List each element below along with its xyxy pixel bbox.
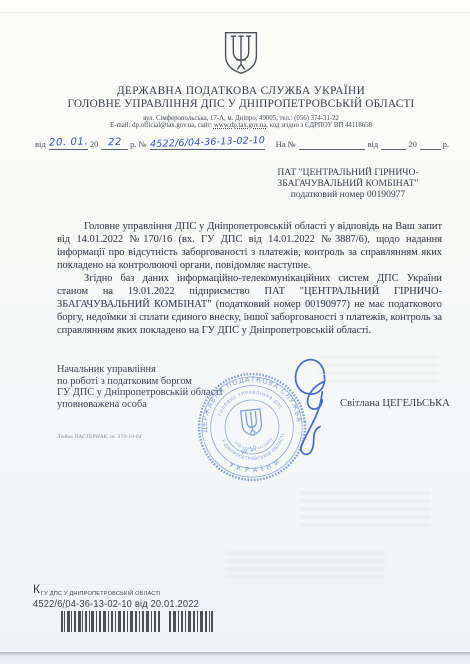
recipient-name-line1: ПАТ "ЦЕНТРАЛЬНИЙ ГІРНИЧО- [250, 167, 446, 178]
ref-number-handwritten: 4522/6/04-36-13-02-10 [150, 135, 265, 150]
letter-body: Головне управління ДПС у Дніпропетровськ… [57, 220, 442, 337]
org-name-line2: ГОЛОВНЕ УПРАВЛІННЯ ДПС У ДНІПРОПЕТРОВСЬК… [24, 98, 458, 110]
bleed-through-artifact [300, 486, 430, 526]
contacts-prefix: E-mail: dp.official@tax.gov.ua, сайт: [110, 122, 214, 129]
ref-year-handwritten: 22 [108, 137, 122, 148]
barcode-marks: ** [62, 607, 67, 612]
ukraine-trident-emblem-icon [220, 30, 262, 81]
reply-century-label: 20 [406, 139, 420, 150]
reply-number-label: На № [274, 139, 299, 150]
contacts-suffix: , код згідно з ЄДРПОУ ВП 44118658 [266, 122, 372, 129]
handwritten-signature-ink [283, 351, 341, 461]
body-paragraph-1: Головне управління ДПС у Дніпропетровськ… [57, 220, 442, 272]
executor-note: Любов ПАСТЕРНАК, т. 370-10-64 [57, 434, 142, 440]
ref-century-label: 20 [88, 139, 102, 150]
barcode-image [61, 611, 213, 632]
footer-k-sublabel: ГУ ДПС У ДНІПРОПЕТРОВСЬКІЙ ОБЛАСТІ [41, 589, 161, 599]
registration-footer: К ГУ ДПС У ДНІПРОПЕТРОВСЬКІЙ ОБЛАСТІ 452… [33, 584, 213, 637]
ref-from-label: від [33, 139, 49, 150]
barcode-row: ** [61, 611, 213, 637]
org-address-line: вул. Сімферопольська, 17-А, м. Дніпро, 4… [24, 115, 458, 122]
reply-date-field [381, 136, 406, 150]
scan-edge-top [0, 0, 470, 13]
reply-year-field [420, 136, 441, 150]
ref-number-field: 4522/6/04-36-13-02-10 [150, 136, 265, 150]
reply-year-suffix: р. [441, 139, 452, 150]
org-name-line1: ДЕРЖАВНА ПОДАТКОВА СЛУЖБА УКРАЇНИ [24, 85, 458, 97]
ref-number-label: р. № [128, 139, 150, 150]
org-contacts-line: E-mail: dp.official@tax.gov.ua, сайт: ww… [24, 122, 458, 129]
reply-number-field [299, 136, 366, 150]
ref-date-field: 20. 01. [49, 136, 88, 150]
ref-date-handwritten: 20. 01. [49, 136, 89, 148]
letterhead: ДЕРЖАВНА ПОДАТКОВА СЛУЖБА УКРАЇНИ ГОЛОВН… [24, 30, 458, 129]
recipient-tax-number: податковий номер 00190977 [250, 189, 446, 200]
stamp-trident-icon [241, 409, 263, 436]
reply-from-label: від [365, 139, 381, 150]
body-paragraph-2: Згідно баз даних інформаційно-телекомуні… [57, 272, 442, 337]
scan-edge-bottom [0, 652, 470, 664]
recipient-name-line2: ЗБАГАЧУВАЛЬНИЙ КОМБІНАТ" [250, 178, 446, 189]
ref-year-field: 22 [101, 136, 128, 150]
org-website-link: www.dp.tax.gov.ua [214, 122, 266, 129]
signatory-name: Світлана ЦЕГЕЛЬСЬКА [340, 398, 450, 409]
reference-line: від 20. 01. 20 22 р. № 4522/6/04-36-13-0… [33, 136, 452, 150]
scanned-letter-page: ДЕРЖАВНА ПОДАТКОВА СЛУЖБА УКРАЇНИ ГОЛОВН… [0, 0, 470, 652]
recipient-block: ПАТ "ЦЕНТРАЛЬНИЙ ГІРНИЧО- ЗБАГАЧУВАЛЬНИЙ… [250, 167, 446, 201]
footer-k-label: К [33, 584, 40, 594]
barcode-caption: 4522/6/04-36-13-02-10 від 20.01.2022 [33, 599, 200, 610]
bleed-through-artifact [225, 548, 385, 578]
